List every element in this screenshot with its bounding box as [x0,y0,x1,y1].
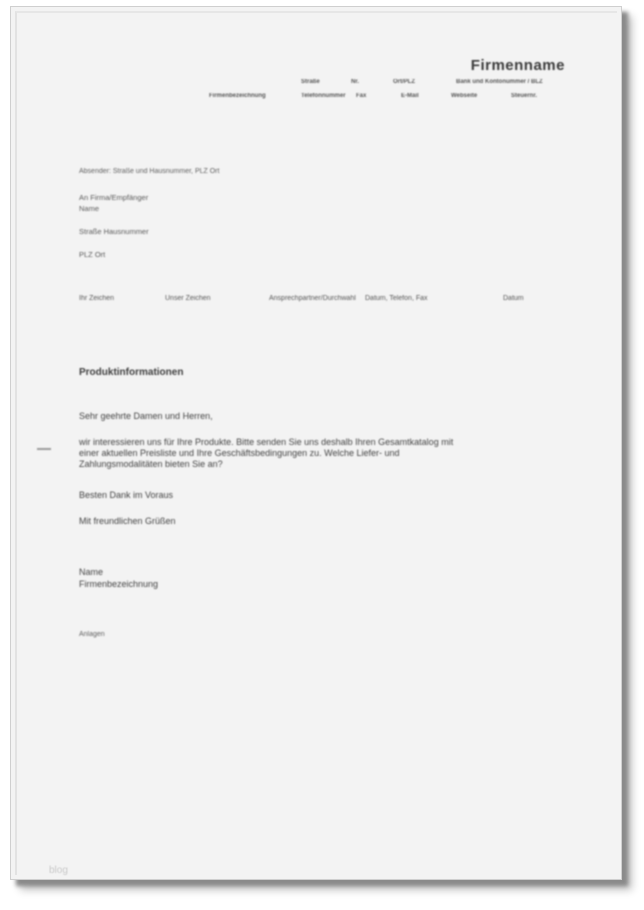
header-website: Webseite [451,93,477,99]
ref-contact: Ansprechpartner/Durchwahl [269,295,356,302]
sender-line: Absender: Straße und Hausnummer, PLZ Ort [79,168,219,175]
ref-our-sign: Unser Zeichen [165,295,211,302]
ref-date-phone: Datum, Telefon, Fax [365,295,428,302]
header-number: Nr. [351,79,359,85]
company-name: Firmenname [471,57,565,74]
recipient-line-4: PLZ Ort [79,250,105,259]
header-city: Ort/PLZ [393,79,415,85]
body-line-3: Zahlungsmodalitäten bieten Sie an? [79,459,223,471]
header-company-desc: Firmenbezeichnung [209,93,266,99]
attachments-label: Anlagen [79,631,105,638]
watermark: blog [49,865,68,876]
subject-line: Produktinformationen [79,367,183,378]
recipient-line-1: An Firma/Empfänger [79,193,148,202]
ref-your-sign: Ihr Zeichen [79,295,114,302]
recipient-line-3: Straße Hausnummer [79,227,149,236]
document-page: Firmenname Straße Nr. Ort/PLZ Bank und K… [10,6,622,880]
ref-date: Datum [503,295,524,302]
closing-line: Mit freundlichen Grüßen [79,516,176,528]
header-tax: Steuernr. [511,93,537,99]
recipient-line-2: Name [79,204,99,213]
signature-name: Name [79,567,103,579]
fold-mark [37,448,51,450]
header-street: Straße [301,79,320,85]
body-line-2: einer aktuellen Preisliste und Ihre Gesc… [79,448,400,460]
header-phone: Telefonnummer [301,93,346,99]
salutation: Sehr geehrte Damen und Herren, [79,411,213,423]
thanks-line: Besten Dank im Voraus [79,490,173,502]
header-bank: Bank und Kontonummer / BLZ [456,79,543,85]
body-line-1: wir interessieren uns für Ihre Produkte.… [79,437,453,449]
signature-company: Firmenbezeichnung [79,579,158,591]
header-email: E-Mail [401,93,419,99]
header-fax: Fax [356,93,366,99]
